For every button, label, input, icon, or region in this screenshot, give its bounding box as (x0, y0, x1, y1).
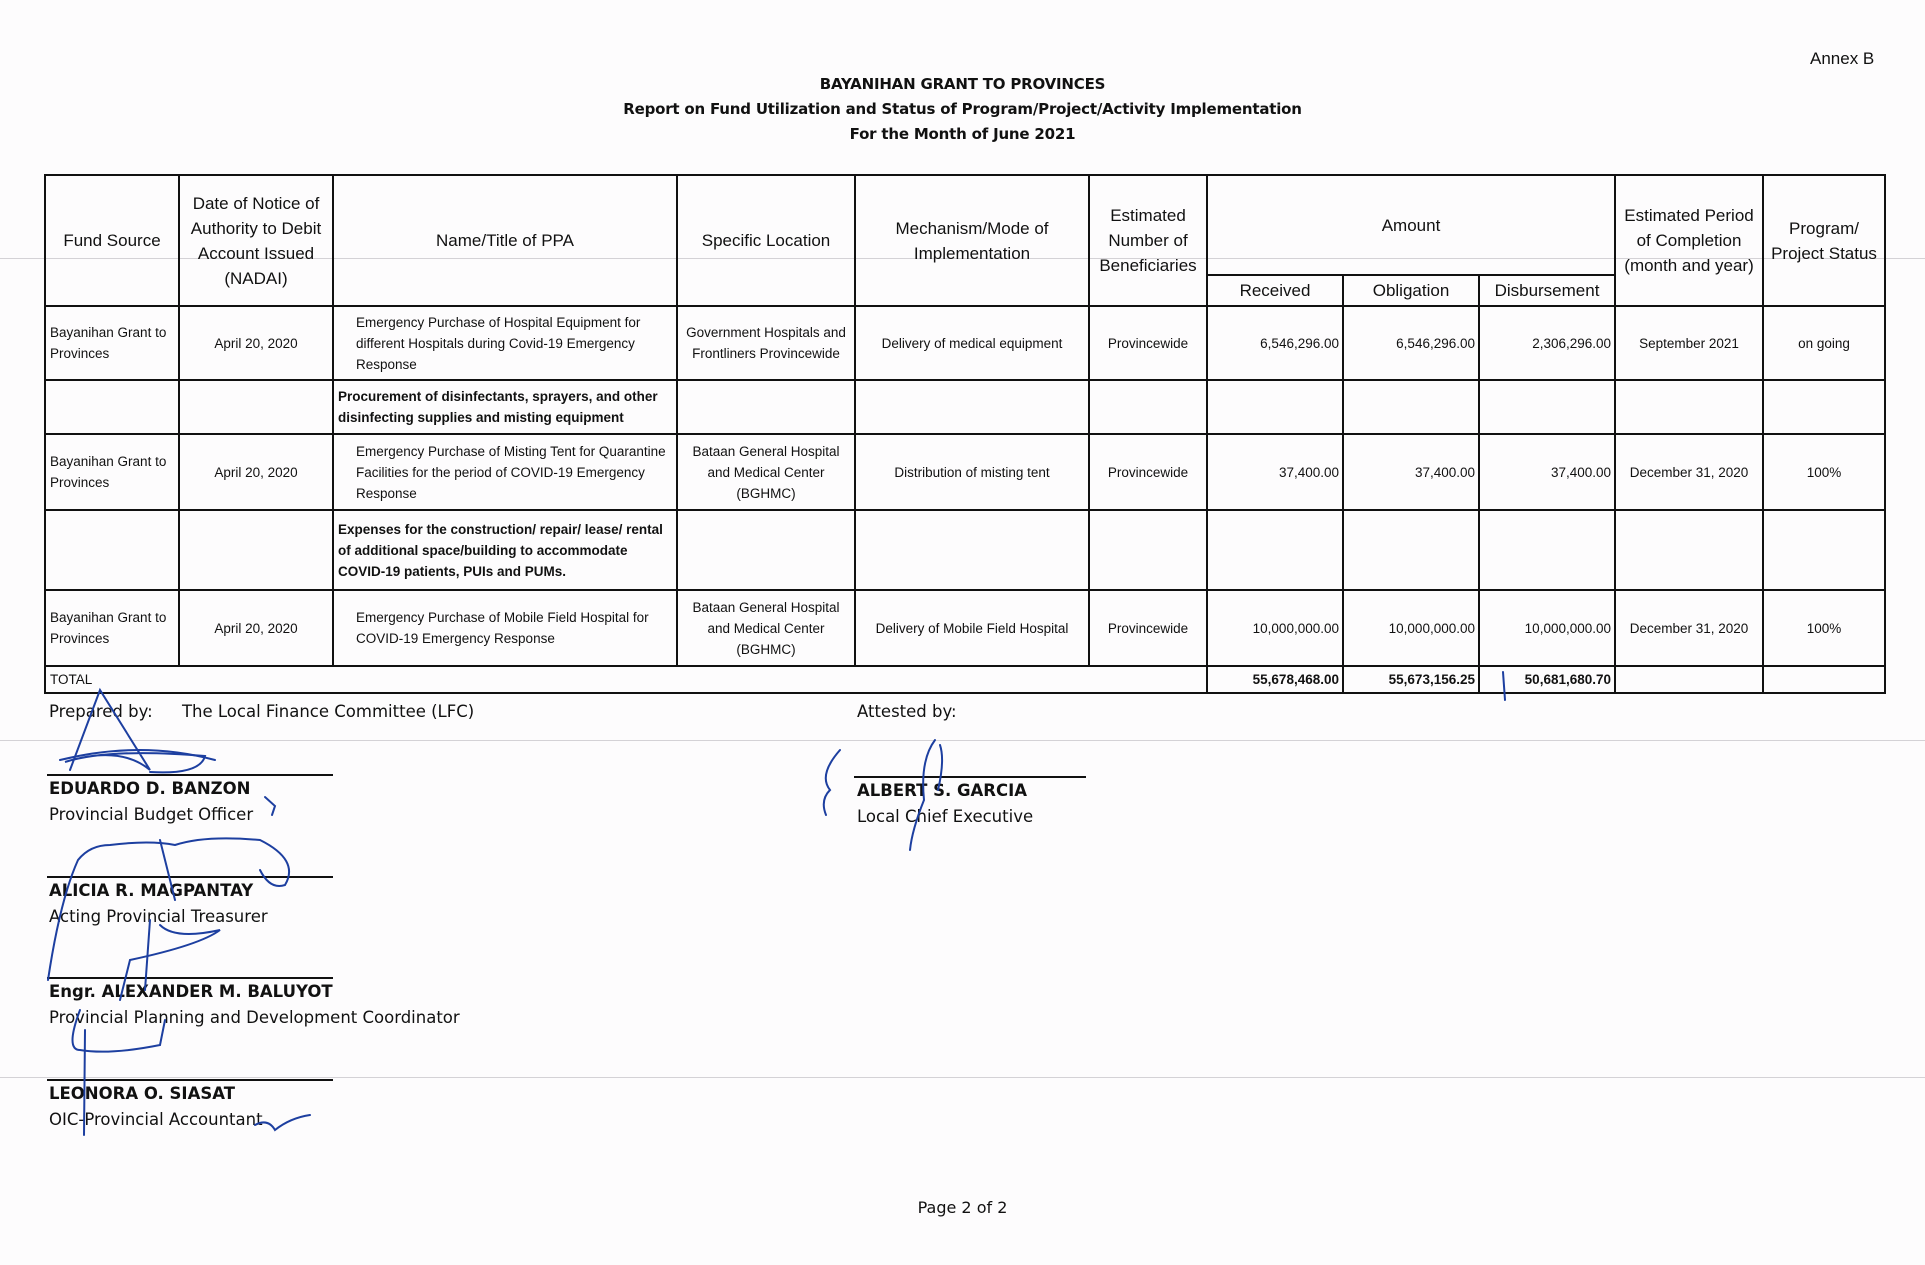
handwritten-signatures-icon (0, 0, 1925, 1265)
page-number: Page 2 of 2 (0, 1198, 1925, 1217)
